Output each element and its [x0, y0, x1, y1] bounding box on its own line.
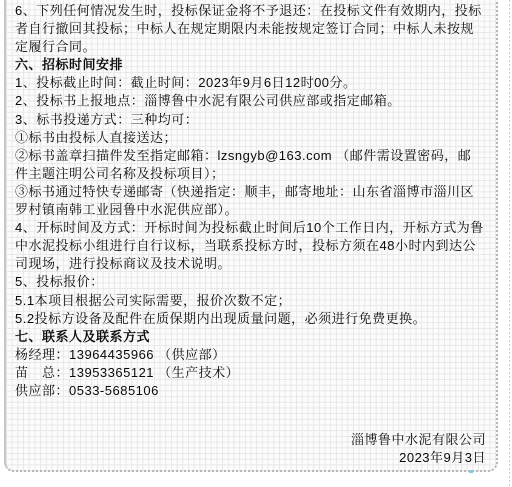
document-line: 司现场，进行投标商议及技术说明。 — [15, 255, 497, 273]
document-line: 6、下列任何情况发生时，投标保证金将不予退还：在投标文件有效期内，投标 — [15, 2, 497, 20]
document-body: 6、下列任何情况发生时，投标保证金将不予退还：在投标文件有效期内，投标 者自行撤… — [15, 2, 497, 467]
blue-dot-marker — [469, 470, 473, 473]
document-line: 2、投标书上报地点：淄博鲁中水泥有限公司供应部或指定邮箱。 — [15, 92, 497, 110]
section-heading-six: 六、招标时间安排 — [15, 56, 497, 74]
document-line: 1、投标截止时间：截止时间：2023年9月6日12时00分。 — [15, 74, 497, 92]
signature-company: 淄博鲁中水泥有限公司 — [15, 431, 486, 449]
document-line-email: ②标书盖章扫描件发至指定邮箱：lzsngyb@163.com （邮件需设置密码，… — [15, 147, 497, 165]
contact-line-miao: 苗 总：13953365121 （生产技术） — [15, 364, 497, 382]
document-line: 5、投标报价： — [15, 273, 497, 291]
document-line: 罗村镇南韩工业园鲁中水泥供应部）。 — [15, 201, 497, 219]
document-line: 4、开标时间及方式：开标时间为投标截止时间后10个工作日内，开标方式为鲁 — [15, 219, 497, 237]
document-line: ③标书通过特快专递邮寄（快递指定：顺丰，邮寄地址：山东省淄博市淄川区 — [15, 183, 497, 201]
document-line: 5.2投标方设备及配件在质保期内出现质量问题，必须进行免费更换。 — [15, 310, 497, 328]
grid-paper-panel: 6、下列任何情况发生时，投标保证金将不予退还：在投标文件有效期内，投标 者自行撤… — [4, 0, 498, 472]
document-line: 3、标书投递方式：三种均可： — [15, 111, 497, 129]
document-line: 定履行合同。 — [15, 38, 497, 56]
signature-date: 2023年9月3日 — [15, 449, 486, 467]
document-line: 者自行撤回其投标；中标人在规定期限内未能按规定签订合同；中标人未按规 — [15, 20, 497, 38]
page-right-edge-line — [509, 0, 510, 487]
contact-line-supply-dept: 供应部：0533-5685106 — [15, 382, 497, 400]
document-line: 件主题注明公司名称及投标项目）； — [15, 165, 497, 183]
document-line: 5.1本项目根据公司实际需要，报价次数不定； — [15, 292, 497, 310]
signature-block: 淄博鲁中水泥有限公司 2023年9月3日 — [15, 431, 497, 467]
section-heading-seven: 七、联系人及联系方式 — [15, 328, 497, 346]
document-line: ①标书由投标人直接送达； — [15, 129, 497, 147]
document-line: 中水泥投标小组进行自行议标，当联系投标方时，投标方须在48小时内到达公 — [15, 237, 497, 255]
contact-line-manager: 杨经理：13964435966 （供应部） — [15, 346, 497, 364]
